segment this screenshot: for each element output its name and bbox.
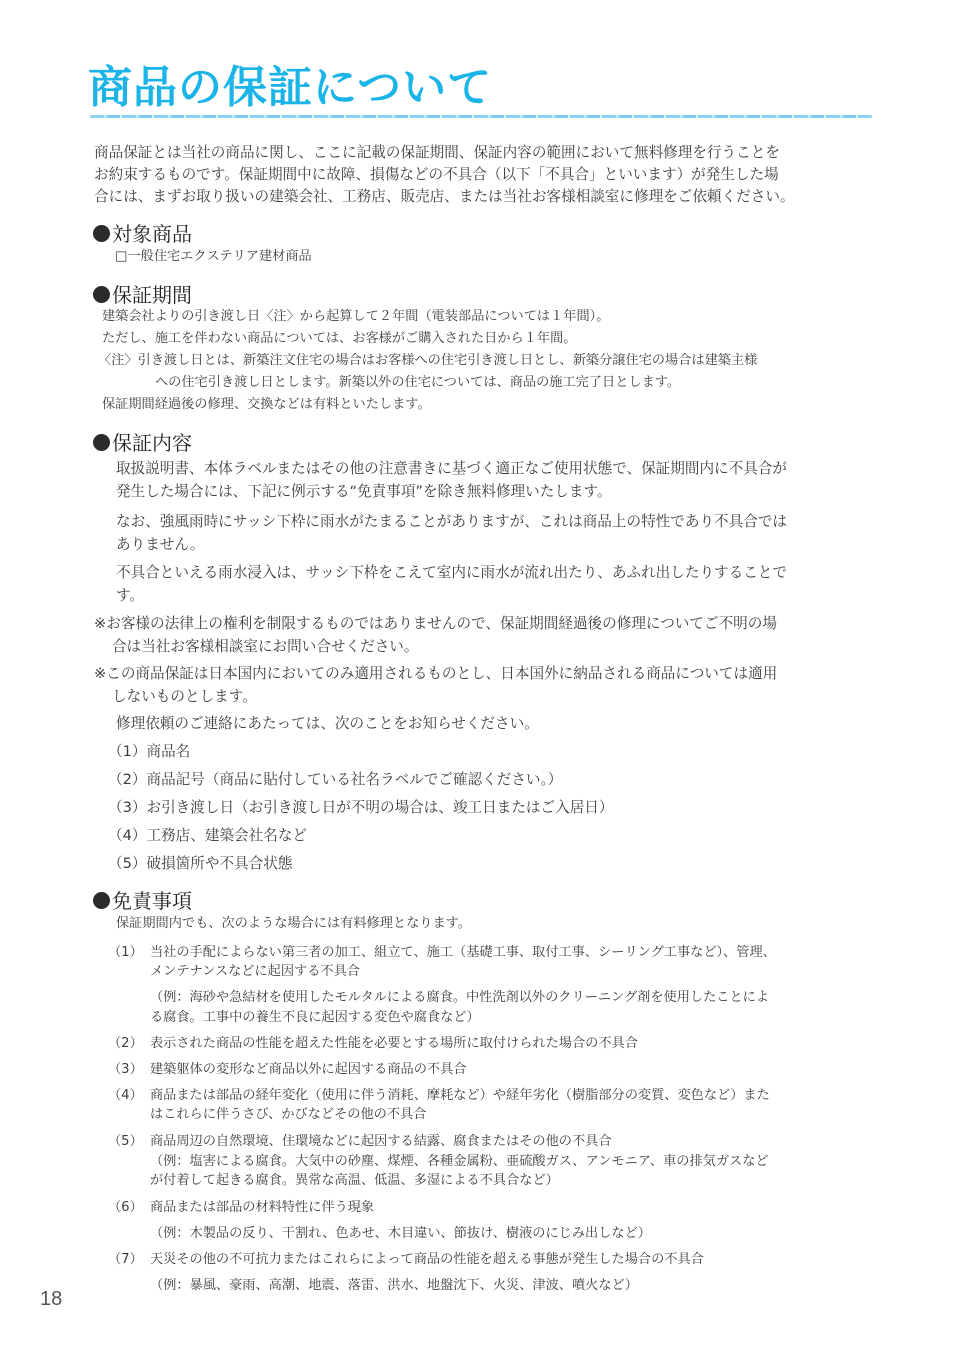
exemption-number: （6） <box>108 1199 143 1217</box>
page-title: 商品の保証について <box>88 62 492 114</box>
heading-text: 免責事項 <box>112 889 192 913</box>
warranty-note: しないものとします。 <box>112 687 257 707</box>
target-product-item: □一般住宅エクステリア建材商品 <box>115 248 312 266</box>
warranty-period-note: への住宅引き渡し日とします。新築以外の住宅については、商品の施工完了日とします。 <box>155 374 680 392</box>
exemption-text: 商品または部品の材料特性に伴う現象 <box>150 1199 374 1217</box>
exemption-number: （5） <box>108 1133 143 1151</box>
bullet-icon <box>93 892 110 909</box>
warranty-content-line: ありません。 <box>116 535 204 555</box>
warranty-period-line: 保証期間経過後の修理、交換などは有料といたします。 <box>102 396 431 414</box>
exemption-number: （4） <box>108 1087 143 1105</box>
exemption-text: 当社の手配によらない第三者の加工、組立て、施工（基礎工事、取付工事、シーリング工… <box>150 944 776 962</box>
bullet-icon <box>93 225 110 242</box>
exemptions-intro: 保証期間内でも、次のような場合には有料修理となります。 <box>116 915 471 933</box>
title-decorative-rule <box>90 115 872 118</box>
exemption-example: が付着して起きる腐食。異常な高温、低温、多湿による不具合など） <box>150 1172 559 1190</box>
warranty-content-line: 不具合といえる雨水浸入は、サッシ下枠をこえて室内に雨水が流れ出たり、あふれ出した… <box>116 563 787 583</box>
warranty-note: ※この商品保証は日本国内においてのみ適用されるものとし、日本国外に納品される商品… <box>94 664 777 684</box>
contact-item: （1）商品名 <box>108 742 190 762</box>
page-number: 18 <box>40 1288 62 1311</box>
warranty-period-line: ただし、施工を伴わない商品については、お客様がご購入された日から１年間。 <box>102 330 576 348</box>
contact-item: （4）工務店、建築会社名など <box>108 826 307 846</box>
bullet-icon <box>93 286 110 303</box>
warranty-note: ※お客様の法律上の権利を制限するものではありませんので、保証期間経過後の修理につ… <box>94 614 777 634</box>
exemption-example: （例：海砂や急結材を使用したモルタルによる腐食。中性洗剤以外のクリーニング剤を使… <box>150 989 769 1007</box>
section-heading-warranty-period: 保証期間 <box>93 283 192 307</box>
bullet-icon <box>93 434 110 451</box>
exemption-example: （例：塩害による腐食。大気中の砂塵、煤煙、各種金属粉、亜硫酸ガス、アンモニア、車… <box>150 1153 769 1171</box>
contact-item: （2）商品記号（商品に貼付している社名ラベルでご確認ください。） <box>108 770 562 790</box>
exemption-example: （例：暴風、豪雨、高潮、地震、落雷、洪水、地盤沈下、火災、津波、噴火など） <box>150 1277 638 1295</box>
heading-text: 保証内容 <box>112 431 192 455</box>
section-heading-warranty-content: 保証内容 <box>93 431 192 455</box>
warranty-content-line: なお、強風雨時にサッシ下枠に雨水がたまることがありますが、これは商品上の特性であ… <box>116 512 787 532</box>
exemption-number: （7） <box>108 1251 143 1269</box>
exemption-number: （1） <box>108 944 143 962</box>
exemption-text: はこれらに伴うさび、かびなどその他の不具合 <box>150 1106 426 1124</box>
exemption-text: 表示された商品の性能を超えた性能を必要とする場所に取付けられた場合の不具合 <box>150 1035 638 1053</box>
heading-text: 保証期間 <box>112 283 192 307</box>
warranty-period-note: 〈注〉引き渡し日とは、新築注文住宅の場合はお客様への住宅引き渡し日とし、新築分譲… <box>98 352 757 370</box>
exemption-text: メンテナンスなどに起因する不具合 <box>150 963 360 981</box>
exemption-text: 商品周辺の自然環境、住環境などに起因する結露、腐食またはその他の不具合 <box>150 1133 612 1151</box>
heading-text: 対象商品 <box>112 222 192 246</box>
exemption-text: 商品または部品の経年変化（使用に伴う消耗、摩耗など）や経年劣化（樹脂部分の変質、… <box>150 1087 770 1105</box>
warranty-content-line: 発生した場合には、下記に例示する“免責事項”を除き無料修理いたします。 <box>116 482 612 502</box>
warranty-content-line: す。 <box>116 586 144 606</box>
section-heading-exemptions: 免責事項 <box>93 889 192 913</box>
contact-item: （3）お引き渡し日（お引き渡し日が不明の場合は、竣工日またはご入居日） <box>108 798 613 818</box>
exemption-text: 建築躯体の変形など商品以外に起因する商品の不具合 <box>150 1061 467 1079</box>
warranty-note: 合は当社お客様相談室にお問い合せください。 <box>112 637 418 657</box>
warranty-period-line: 建築会社よりの引き渡し日〈注〉から起算して２年間（電装部品については１年間）。 <box>102 308 609 326</box>
contact-item: （5）破損箇所や不具合状態 <box>108 854 292 874</box>
exemption-example: る腐食。工事中の養生不良に起因する変色や腐食など） <box>150 1009 480 1027</box>
intro-line: 商品保証とは当社の商品に関し、ここに記載の保証期間、保証内容の範囲において無料修… <box>94 143 780 163</box>
exemption-text: 天災その他の不可抗力またはこれらによって商品の性能を超える事態が発生した場合の不… <box>150 1251 704 1269</box>
contact-intro: 修理依頼のご連絡にあたっては、次のことをお知らせください。 <box>116 714 539 734</box>
section-heading-target-products: 対象商品 <box>93 222 192 246</box>
exemption-example: （例：木製品の反り、干割れ、色あせ、木目違い、節抜け、樹液のにじみ出しなど） <box>150 1225 651 1243</box>
exemption-number: （2） <box>108 1035 143 1053</box>
exemption-number: （3） <box>108 1061 143 1079</box>
intro-line: 合には、まずお取り扱いの建築会社、工務店、販売店、または当社お客様相談室に修理を… <box>94 187 795 207</box>
warranty-content-line: 取扱説明書、本体ラベルまたはその他の注意書きに基づく適正なご使用状態で、保証期間… <box>116 459 787 479</box>
intro-line: お約束するものです。保証期間中に故障、損傷などの不具合（以下「不具合」といいます… <box>94 165 779 185</box>
